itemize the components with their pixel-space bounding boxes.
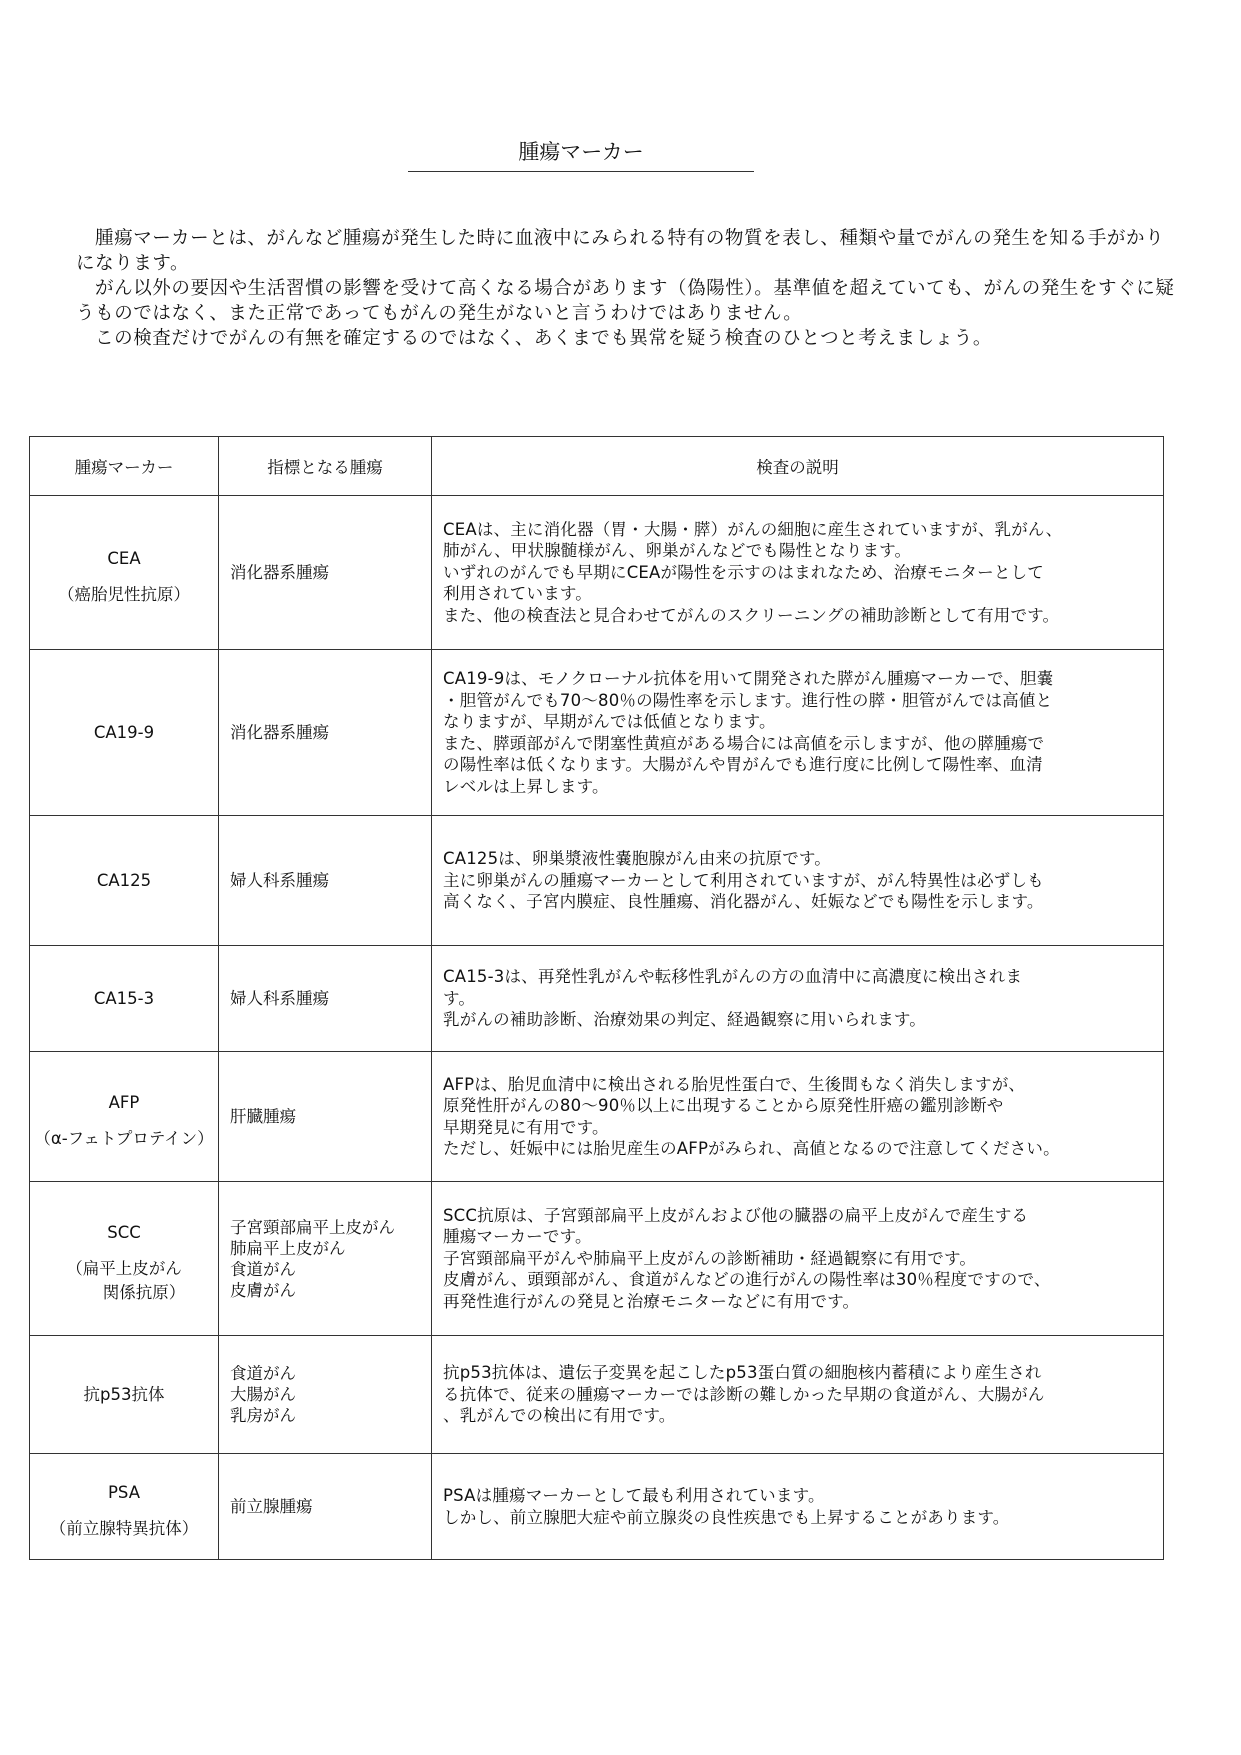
target-tumor: 皮膚がん	[230, 1280, 431, 1301]
marker-cell: CA19-9	[30, 650, 219, 816]
description-cell: AFPは、胎児血清中に検出される胎児性蛋白で、生後間もなく消失しますが、原発性肝…	[432, 1052, 1164, 1182]
target-tumor: 消化器系腫瘍	[230, 722, 431, 743]
title-underline	[408, 171, 754, 172]
description-line: また、膵頭部がんで閉塞性黄疸がある場合には高値を示しますが、他の膵腫瘍で	[443, 733, 1153, 755]
description-cell: PSAは腫瘍マーカーとして最も利用されています。しかし、前立腺肥大症や前立腺炎の…	[432, 1454, 1164, 1560]
target-tumor-cell: 婦人科系腫瘍	[219, 816, 432, 946]
description-cell: CEAは、主に消化器（胃・大腸・膵）がんの細胞に産生されていますが、乳がん、肺が…	[432, 496, 1164, 650]
intro-paragraph: がん以外の要因や生活習慣の影響を受けて高くなる場合があります（偽陽性）。基準値を…	[76, 276, 1176, 326]
target-tumor: 大腸がん	[230, 1384, 431, 1405]
target-tumor-cell: 消化器系腫瘍	[219, 496, 432, 650]
table-row: AFP（α-フェトプロテイン）肝臓腫瘍AFPは、胎児血清中に検出される胎児性蛋白…	[30, 1052, 1164, 1182]
target-tumor: 食道がん	[230, 1363, 431, 1384]
target-tumor: 肺扁平上皮がん	[230, 1238, 431, 1259]
marker-cell: CEA（癌胎児性抗原）	[30, 496, 219, 650]
table-row: 抗p53抗体食道がん大腸がん乳房がん抗p53抗体は、遺伝子変異を起こしたp53蛋…	[30, 1336, 1164, 1454]
description-line: CA19-9は、モノクローナル抗体を用いて開発された膵がん腫瘍マーカーで、胆嚢	[443, 668, 1153, 690]
description-line: CA125は、卵巣漿液性嚢胞腺がん由来の抗原です。	[443, 848, 1153, 870]
target-tumor-cell: 食道がん大腸がん乳房がん	[219, 1336, 432, 1454]
intro-paragraph: この検査だけでがんの有無を確定するのではなく、あくまでも異常を疑う検査のひとつと…	[76, 326, 1176, 351]
intro-paragraph: 腫瘍マーカーとは、がんなど腫瘍が発生した時に血液中にみられる特有の物質を表し、種…	[76, 226, 1176, 276]
description-line: いずれのがんでも早期にCEAが陽性を示すのはまれなため、治療モニターとして	[443, 562, 1153, 584]
table-header-row: 腫瘍マーカー 指標となる腫瘍 検査の説明	[30, 437, 1164, 496]
description-cell: CA15-3は、再発性乳がんや転移性乳がんの方の血清中に高濃度に検出されます。乳…	[432, 946, 1164, 1052]
marker-cell: PSA（前立腺特異抗体）	[30, 1454, 219, 1560]
header-target: 指標となる腫瘍	[219, 437, 432, 496]
description-cell: CA19-9は、モノクローナル抗体を用いて開発された膵がん腫瘍マーカーで、胆嚢・…	[432, 650, 1164, 816]
description-line: 高くなく、子宮内膜症、良性腫瘍、消化器がん、妊娠などでも陽性を示します。	[443, 891, 1153, 913]
table-row: CEA（癌胎児性抗原）消化器系腫瘍CEAは、主に消化器（胃・大腸・膵）がんの細胞…	[30, 496, 1164, 650]
description-line: 皮膚がん、頭頸部がん、食道がんなどの進行がんの陽性率は30％程度ですので、	[443, 1269, 1153, 1291]
marker-name: 抗p53抗体	[30, 1375, 218, 1415]
description-cell: SCC抗原は、子宮頸部扁平上皮がんおよび他の臓器の扁平上皮がんで産生する腫瘍マー…	[432, 1182, 1164, 1336]
table-row: CA19-9消化器系腫瘍CA19-9は、モノクローナル抗体を用いて開発された膵が…	[30, 650, 1164, 816]
marker-cell: SCC（扁平上皮がん関係抗原）	[30, 1182, 219, 1336]
description-cell: 抗p53抗体は、遺伝子変異を起こしたp53蛋白質の細胞核内蓄積により産生される抗…	[432, 1336, 1164, 1454]
description-line: CA15-3は、再発性乳がんや転移性乳がんの方の血清中に高濃度に検出されま	[443, 966, 1153, 988]
description-line: 、乳がんでの検出に有用です。	[443, 1405, 1153, 1427]
target-tumor: 婦人科系腫瘍	[230, 988, 431, 1009]
marker-cell: CA125	[30, 816, 219, 946]
marker-full-name-cont: 関係抗原）	[30, 1281, 218, 1305]
description-line: 抗p53抗体は、遺伝子変異を起こしたp53蛋白質の細胞核内蓄積により産生され	[443, 1362, 1153, 1384]
header-description: 検査の説明	[432, 437, 1164, 496]
target-tumor-cell: 子宮頸部扁平上皮がん肺扁平上皮がん食道がん皮膚がん	[219, 1182, 432, 1336]
description-line: 乳がんの補助診断、治療効果の判定、経過観察に用いられます。	[443, 1009, 1153, 1031]
marker-name: CA19-9	[30, 713, 218, 753]
tumor-marker-table: 腫瘍マーカー 指標となる腫瘍 検査の説明 CEA（癌胎児性抗原）消化器系腫瘍CE…	[29, 436, 1164, 1560]
table-row: CA125婦人科系腫瘍CA125は、卵巣漿液性嚢胞腺がん由来の抗原です。主に卵巣…	[30, 816, 1164, 946]
description-line: PSAは腫瘍マーカーとして最も利用されています。	[443, 1485, 1153, 1507]
description-line: また、他の検査法と見合わせてがんのスクリーニングの補助診断として有用です。	[443, 605, 1153, 627]
description-line: レベルは上昇します。	[443, 776, 1153, 798]
description-line: す。	[443, 988, 1153, 1010]
description-line: CEAは、主に消化器（胃・大腸・膵）がんの細胞に産生されていますが、乳がん、	[443, 519, 1153, 541]
target-tumor: 食道がん	[230, 1259, 431, 1280]
intro-text: 腫瘍マーカーとは、がんなど腫瘍が発生した時に血液中にみられる特有の物質を表し、種…	[76, 226, 1176, 351]
marker-cell: CA15-3	[30, 946, 219, 1052]
table-row: CA15-3婦人科系腫瘍CA15-3は、再発性乳がんや転移性乳がんの方の血清中に…	[30, 946, 1164, 1052]
table-row: SCC（扁平上皮がん関係抗原）子宮頸部扁平上皮がん肺扁平上皮がん食道がん皮膚がん…	[30, 1182, 1164, 1336]
target-tumor-cell: 婦人科系腫瘍	[219, 946, 432, 1052]
description-line: の陽性率は低くなります。大腸がんや胃がんでも進行度に比例して陽性率、血清	[443, 754, 1153, 776]
marker-name: CEA	[30, 539, 218, 579]
description-line: ・胆管がんでも70～80％の陽性率を示します。進行性の膵・胆管がんでは高値と	[443, 690, 1153, 712]
marker-name: CA15-3	[30, 979, 218, 1019]
marker-full-name: （扁平上皮がん	[30, 1257, 218, 1281]
marker-full-name: （α-フェトプロテイン）	[30, 1127, 218, 1151]
description-line: 主に卵巣がんの腫瘍マーカーとして利用されていますが、がん特異性は必ずしも	[443, 870, 1153, 892]
marker-name: PSA	[30, 1473, 218, 1513]
description-line: る抗体で、従来の腫瘍マーカーでは診断の難しかった早期の食道がん、大腸がん	[443, 1384, 1153, 1406]
description-line: 腫瘍マーカーです。	[443, 1226, 1153, 1248]
description-line: AFPは、胎児血清中に検出される胎児性蛋白で、生後間もなく消失しますが、	[443, 1074, 1153, 1096]
target-tumor-cell: 前立腺腫瘍	[219, 1454, 432, 1560]
description-line: 原発性肝がんの80～90％以上に出現することから原発性肝癌の鑑別診断や	[443, 1095, 1153, 1117]
description-line: 肺がん、甲状腺髄様がん、卵巣がんなどでも陽性となります。	[443, 540, 1153, 562]
marker-name: SCC	[30, 1213, 218, 1253]
description-line: ただし、妊娠中には胎児産生のAFPがみられ、高値となるので注意してください。	[443, 1138, 1153, 1160]
target-tumor: 消化器系腫瘍	[230, 562, 431, 583]
target-tumor: 前立腺腫瘍	[230, 1496, 431, 1517]
page-title: 腫瘍マーカー	[408, 138, 754, 166]
table-row: PSA（前立腺特異抗体）前立腺腫瘍PSAは腫瘍マーカーとして最も利用されています…	[30, 1454, 1164, 1560]
description-line: SCC抗原は、子宮頸部扁平上皮がんおよび他の臓器の扁平上皮がんで産生する	[443, 1205, 1153, 1227]
target-tumor-cell: 消化器系腫瘍	[219, 650, 432, 816]
description-line: 子宮頸部扁平がんや肺扁平上皮がんの診断補助・経過観察に有用です。	[443, 1248, 1153, 1270]
target-tumor: 子宮頸部扁平上皮がん	[230, 1217, 431, 1238]
target-tumor: 肝臓腫瘍	[230, 1106, 431, 1127]
target-tumor-cell: 肝臓腫瘍	[219, 1052, 432, 1182]
marker-name: CA125	[30, 861, 218, 901]
target-tumor: 婦人科系腫瘍	[230, 870, 431, 891]
header-marker: 腫瘍マーカー	[30, 437, 219, 496]
description-line: しかし、前立腺肥大症や前立腺炎の良性疾患でも上昇することがあります。	[443, 1507, 1153, 1529]
description-line: 利用されています。	[443, 583, 1153, 605]
description-line: 早期発見に有用です。	[443, 1117, 1153, 1139]
marker-full-name: （前立腺特異抗体）	[30, 1517, 218, 1541]
description-cell: CA125は、卵巣漿液性嚢胞腺がん由来の抗原です。主に卵巣がんの腫瘍マーカーとし…	[432, 816, 1164, 946]
target-tumor: 乳房がん	[230, 1405, 431, 1426]
description-line: なりますが、早期がんでは低値となります。	[443, 711, 1153, 733]
marker-cell: 抗p53抗体	[30, 1336, 219, 1454]
description-line: 再発性進行がんの発見と治療モニターなどに有用です。	[443, 1291, 1153, 1313]
marker-cell: AFP（α-フェトプロテイン）	[30, 1052, 219, 1182]
marker-full-name: （癌胎児性抗原）	[30, 583, 218, 607]
marker-name: AFP	[30, 1083, 218, 1123]
